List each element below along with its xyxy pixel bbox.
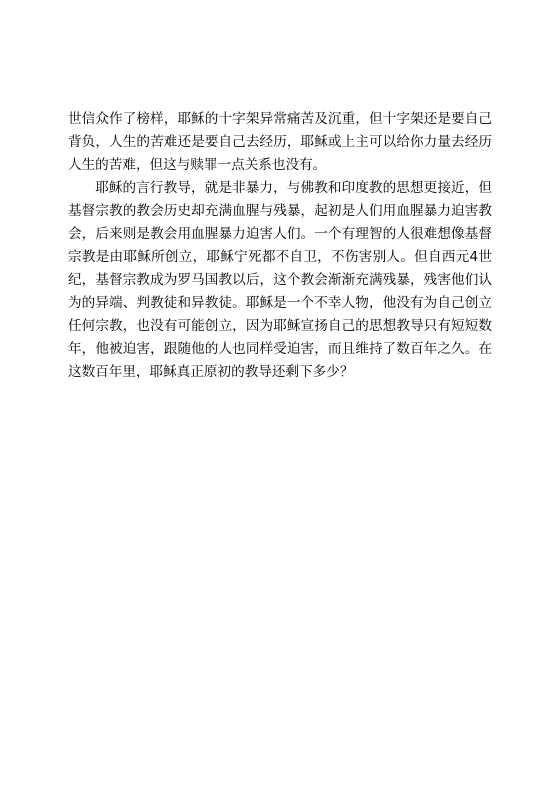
text-line: 会，后来则是教会用血腥暴力迫害人们。一个有理智的人很难想像基督 xyxy=(68,223,492,246)
text-line: 为的异端、判教徒和异教徒。耶稣是一个不幸人物，他没有为自己创立 xyxy=(68,292,492,315)
text-block: 世信众作了榜样，耶稣的十字架异常痛苦及沉重，但十字架还是要自己背负，人生的苦难还… xyxy=(68,108,492,384)
paragraph: 世信众作了榜样，耶稣的十字架异常痛苦及沉重，但十字架还是要自己背负，人生的苦难还… xyxy=(68,108,492,177)
text-line: 年，他被迫害，跟随他的人也同样受迫害，而且维持了数百年之久。在 xyxy=(68,338,492,361)
text-line: 人生的苦难，但这与赎罪一点关系也没有。 xyxy=(68,154,492,177)
text-line: 基督宗教的教会历史却充满血腥与残暴，起初是人们用血腥暴力迫害教 xyxy=(68,200,492,223)
text-line: 世信众作了榜样，耶稣的十字架异常痛苦及沉重，但十字架还是要自己 xyxy=(68,108,492,131)
paragraph: 耶稣的言行教导，就是非暴力，与佛教和印度教的思想更接近，但基督宗教的教会历史却充… xyxy=(68,177,492,384)
text-line: 宗教是由耶稣所创立，耶稣宁死都不自卫，不伤害别人。但自西元4世 xyxy=(68,246,492,269)
document-page: 世信众作了榜样，耶稣的十字架异常痛苦及沉重，但十字架还是要自己背负，人生的苦难还… xyxy=(0,0,559,793)
text-line: 背负，人生的苦难还是要自己去经历，耶稣或上主可以给你力量去经历 xyxy=(68,131,492,154)
text-line: 这数百年里，耶稣真正原初的教导还剩下多少？ xyxy=(68,361,492,384)
text-line: 任何宗教，也没有可能创立，因为耶稣宣扬自己的思想教导只有短短数 xyxy=(68,315,492,338)
text-line: 纪，基督宗教成为罗马国教以后，这个教会渐渐充满残暴，残害他们认 xyxy=(68,269,492,292)
text-line: 耶稣的言行教导，就是非暴力，与佛教和印度教的思想更接近，但 xyxy=(68,177,492,200)
